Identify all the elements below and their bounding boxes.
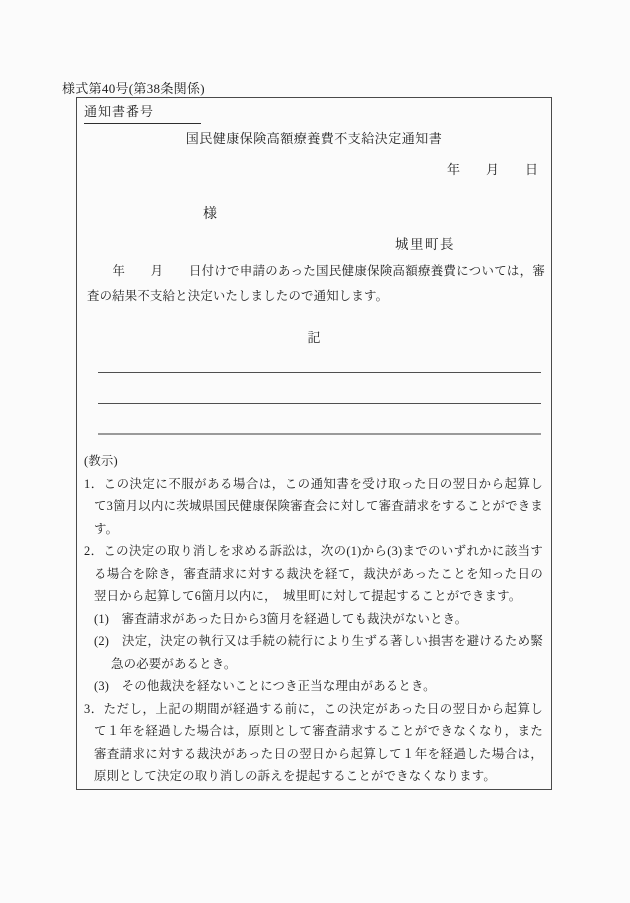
ki-heading: 記	[77, 327, 551, 346]
document-title: 国民健康保険高額療養費不支給決定通知書	[77, 128, 551, 147]
issuer-name: 城里町長	[395, 233, 455, 253]
notice-box: 通知書番号 国民健康保険高額療養費不支給決定通知書 年 月 日 様 城里町長 年…	[76, 97, 552, 790]
document-page: 様式第40号(第38条関係) 通知書番号 国民健康保険高額療養費不支給決定通知書…	[0, 0, 630, 903]
kyoji-heading: (教示)	[84, 450, 543, 473]
blank-entry-line	[98, 433, 541, 435]
kyoji-item-2: 2．この決定の取り消しを求める訴訟は，次の(1)から(3)までのいずれかに該当す…	[84, 540, 543, 608]
kyoji-subitem-1: (1) 審査請求があった日から3箇月を経過しても裁決がないとき。	[84, 608, 543, 631]
kyoji-item-1: 1．この決定に不服がある場合は，この通知書を受け取った日の翌日から起算して3箇月…	[84, 473, 543, 541]
kyoji-subitem-3: (3) その他裁決を経ないことにつき正当な理由があるとき。	[84, 675, 543, 698]
kyoji-item-3: 3．ただし，上記の期間が経過する前に，この決定があった日の翌日から起算して１年を…	[84, 698, 543, 788]
notice-number-field: 通知書番号	[84, 101, 201, 124]
kyoji-section: (教示) 1．この決定に不服がある場合は，この通知書を受け取った日の翌日から起算…	[84, 450, 543, 788]
blank-entry-line	[98, 372, 541, 373]
form-number-label: 様式第40号(第38条関係)	[62, 78, 205, 97]
recipient-sama-label: 様	[203, 203, 217, 223]
notice-body-paragraph: 年 月 日付けで申請のあった国民健康保険高額療養費については，審査の結果不支給と…	[87, 259, 545, 309]
issue-date-line: 年 月 日	[447, 159, 538, 178]
kyoji-subitem-2: (2) 決定，決定の執行又は手続の続行により生ずる著しい損害を避けるため緊急の必…	[84, 630, 543, 675]
blank-entry-line	[98, 403, 541, 404]
